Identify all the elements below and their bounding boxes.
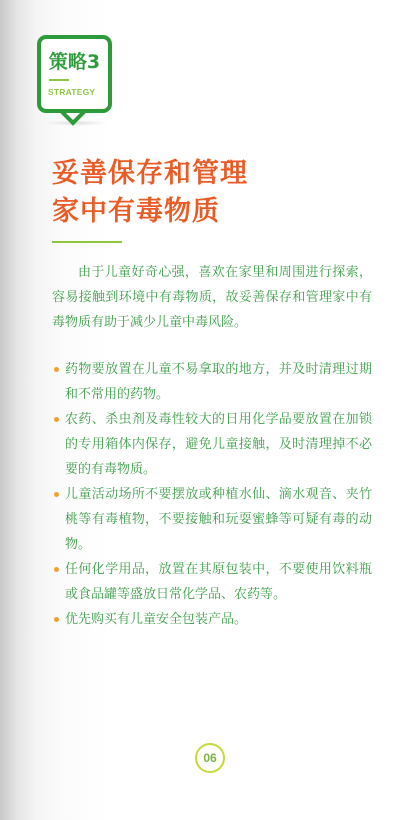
list-item-text: 药物要放置在儿童不易拿取的地方，并及时清理过期和不常用的药物。 xyxy=(65,362,372,402)
list-item: 儿童活动场所不要摆放或种植水仙、滴水观音、夹竹桃等有毒植物，不要接触和玩耍蜜蜂等… xyxy=(52,482,372,557)
badge-title: 策略3 xyxy=(41,47,108,74)
list-item: 任何化学用品，放置在其原包装中，不要使用饮料瓶或食品罐等盛放日常化学品、农药等。 xyxy=(52,557,372,607)
list-item-text: 农药、杀虫剂及毒性较大的日用化学品要放置在加锁的专用箱体内保存，避免儿童接触，及… xyxy=(65,412,372,477)
page-title-line-2: 家中有毒物质 xyxy=(52,193,248,231)
bullet-dot-icon xyxy=(54,367,59,372)
intro-paragraph: 由于儿童好奇心强，喜欢在家里和周围进行探索，容易接触到环境中有毒物质，故妥善保存… xyxy=(52,260,372,335)
bullet-dot-icon xyxy=(54,567,59,572)
title-divider xyxy=(52,241,122,243)
badge-subtitle: STRATEGY xyxy=(48,87,95,97)
list-item-text: 儿童活动场所不要摆放或种植水仙、滴水观音、夹竹桃等有毒植物，不要接触和玩耍蜜蜂等… xyxy=(65,487,372,552)
list-item-text: 任何化学用品，放置在其原包装中，不要使用饮料瓶或食品罐等盛放日常化学品、农药等。 xyxy=(65,562,372,602)
list-item: 优先购买有儿童安全包装产品。 xyxy=(52,607,372,632)
page-title: 妥善保存和管理 家中有毒物质 xyxy=(52,155,248,231)
bullet-dot-icon xyxy=(54,492,59,497)
strategy-badge: 策略3 STRATEGY xyxy=(37,35,112,113)
list-item: 药物要放置在儿童不易拿取的地方，并及时清理过期和不常用的药物。 xyxy=(52,357,372,407)
list-item-text: 优先购买有儿童安全包装产品。 xyxy=(65,612,247,627)
bullet-dot-icon xyxy=(54,617,59,622)
list-item: 农药、杀虫剂及毒性较大的日用化学品要放置在加锁的专用箱体内保存，避免儿童接触，及… xyxy=(52,407,372,482)
badge-divider xyxy=(49,79,69,81)
page-title-line-1: 妥善保存和管理 xyxy=(52,155,248,193)
bullet-dot-icon xyxy=(54,417,59,422)
tips-list: 药物要放置在儿童不易拿取的地方，并及时清理过期和不常用的药物。 农药、杀虫剂及毒… xyxy=(52,357,372,632)
page-number: 06 xyxy=(195,743,225,773)
